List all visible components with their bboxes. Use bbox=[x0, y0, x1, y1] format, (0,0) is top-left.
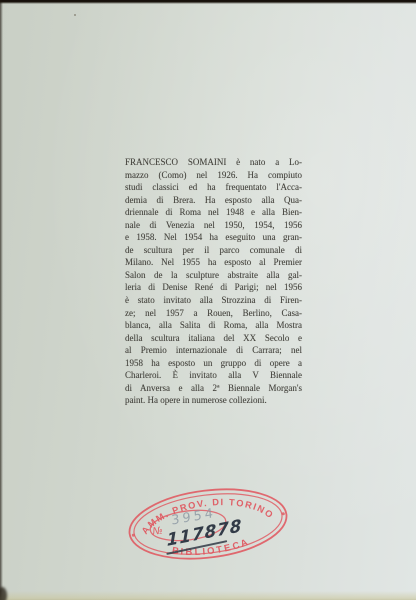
bio-line: de scultura per il parco comunale di bbox=[125, 244, 302, 257]
bio-line: demia di Brera. Ha esposto alla Qua- bbox=[125, 194, 302, 207]
bio-line: e 1958. Nel 1954 ha eseguito una gran- bbox=[125, 231, 302, 244]
bio-line: al Premio internazionale di Carrara; nel bbox=[125, 344, 302, 357]
library-stamp: AMM. PROV. DI TORINO BIBLIOTECA № 3954 1… bbox=[121, 478, 295, 570]
bio-line: paint. Ha opere in numerose collezioni. bbox=[125, 394, 302, 407]
bio-line: FRANCESCO SOMAINI è nato a Lo- bbox=[125, 156, 302, 169]
scan-corner-mark bbox=[0, 587, 7, 600]
bio-line: della scultura italiana del XX Secolo e bbox=[125, 332, 302, 345]
bio-line: è stato invitato alla Strozzina di Firen… bbox=[125, 294, 302, 307]
bio-line: driennale di Roma nel 1948 e alla Bien- bbox=[125, 206, 302, 219]
bio-line: blanca, alla Salita di Roma, alla Mostra bbox=[125, 319, 302, 332]
bio-line: Milano. Nel 1955 ha esposto al Premier bbox=[125, 256, 302, 269]
bio-line: studi classici ed ha frequentato l'Acca- bbox=[125, 181, 302, 194]
paper-speck bbox=[74, 14, 76, 16]
bio-line: 1958 ha esposto un gruppo di opere a bbox=[125, 357, 302, 370]
bio-line: nale di Venezia nel 1950, 1954, 1956 bbox=[125, 219, 302, 232]
bio-line: Charleroi. È invitato alla V Biennale bbox=[125, 369, 302, 382]
bio-line: leria di Denise René di Parigi; nel 1956 bbox=[125, 281, 302, 294]
scan-edge-top bbox=[0, 0, 416, 4]
numero-symbol: № bbox=[151, 526, 164, 538]
scan-edge-bottom bbox=[0, 591, 416, 600]
scanned-book-page: FRANCESCO SOMAINI è nato a Lo-mazzo (Com… bbox=[0, 0, 416, 600]
bio-line: ze; nel 1957 a Rouen, Berlino, Casa- bbox=[125, 307, 302, 320]
bio-line: di Anversa e alla 2ª Biennale Morgan's bbox=[125, 382, 302, 395]
scan-edge-left bbox=[0, 0, 3, 600]
bio-line: Salon de la sculpture abstraite alla gal… bbox=[125, 269, 302, 282]
bio-text: FRANCESCO SOMAINI è nato a Lo-mazzo (Com… bbox=[125, 156, 302, 407]
bio-line: mazzo (Como) nel 1926. Ha compiuto bbox=[125, 169, 302, 182]
